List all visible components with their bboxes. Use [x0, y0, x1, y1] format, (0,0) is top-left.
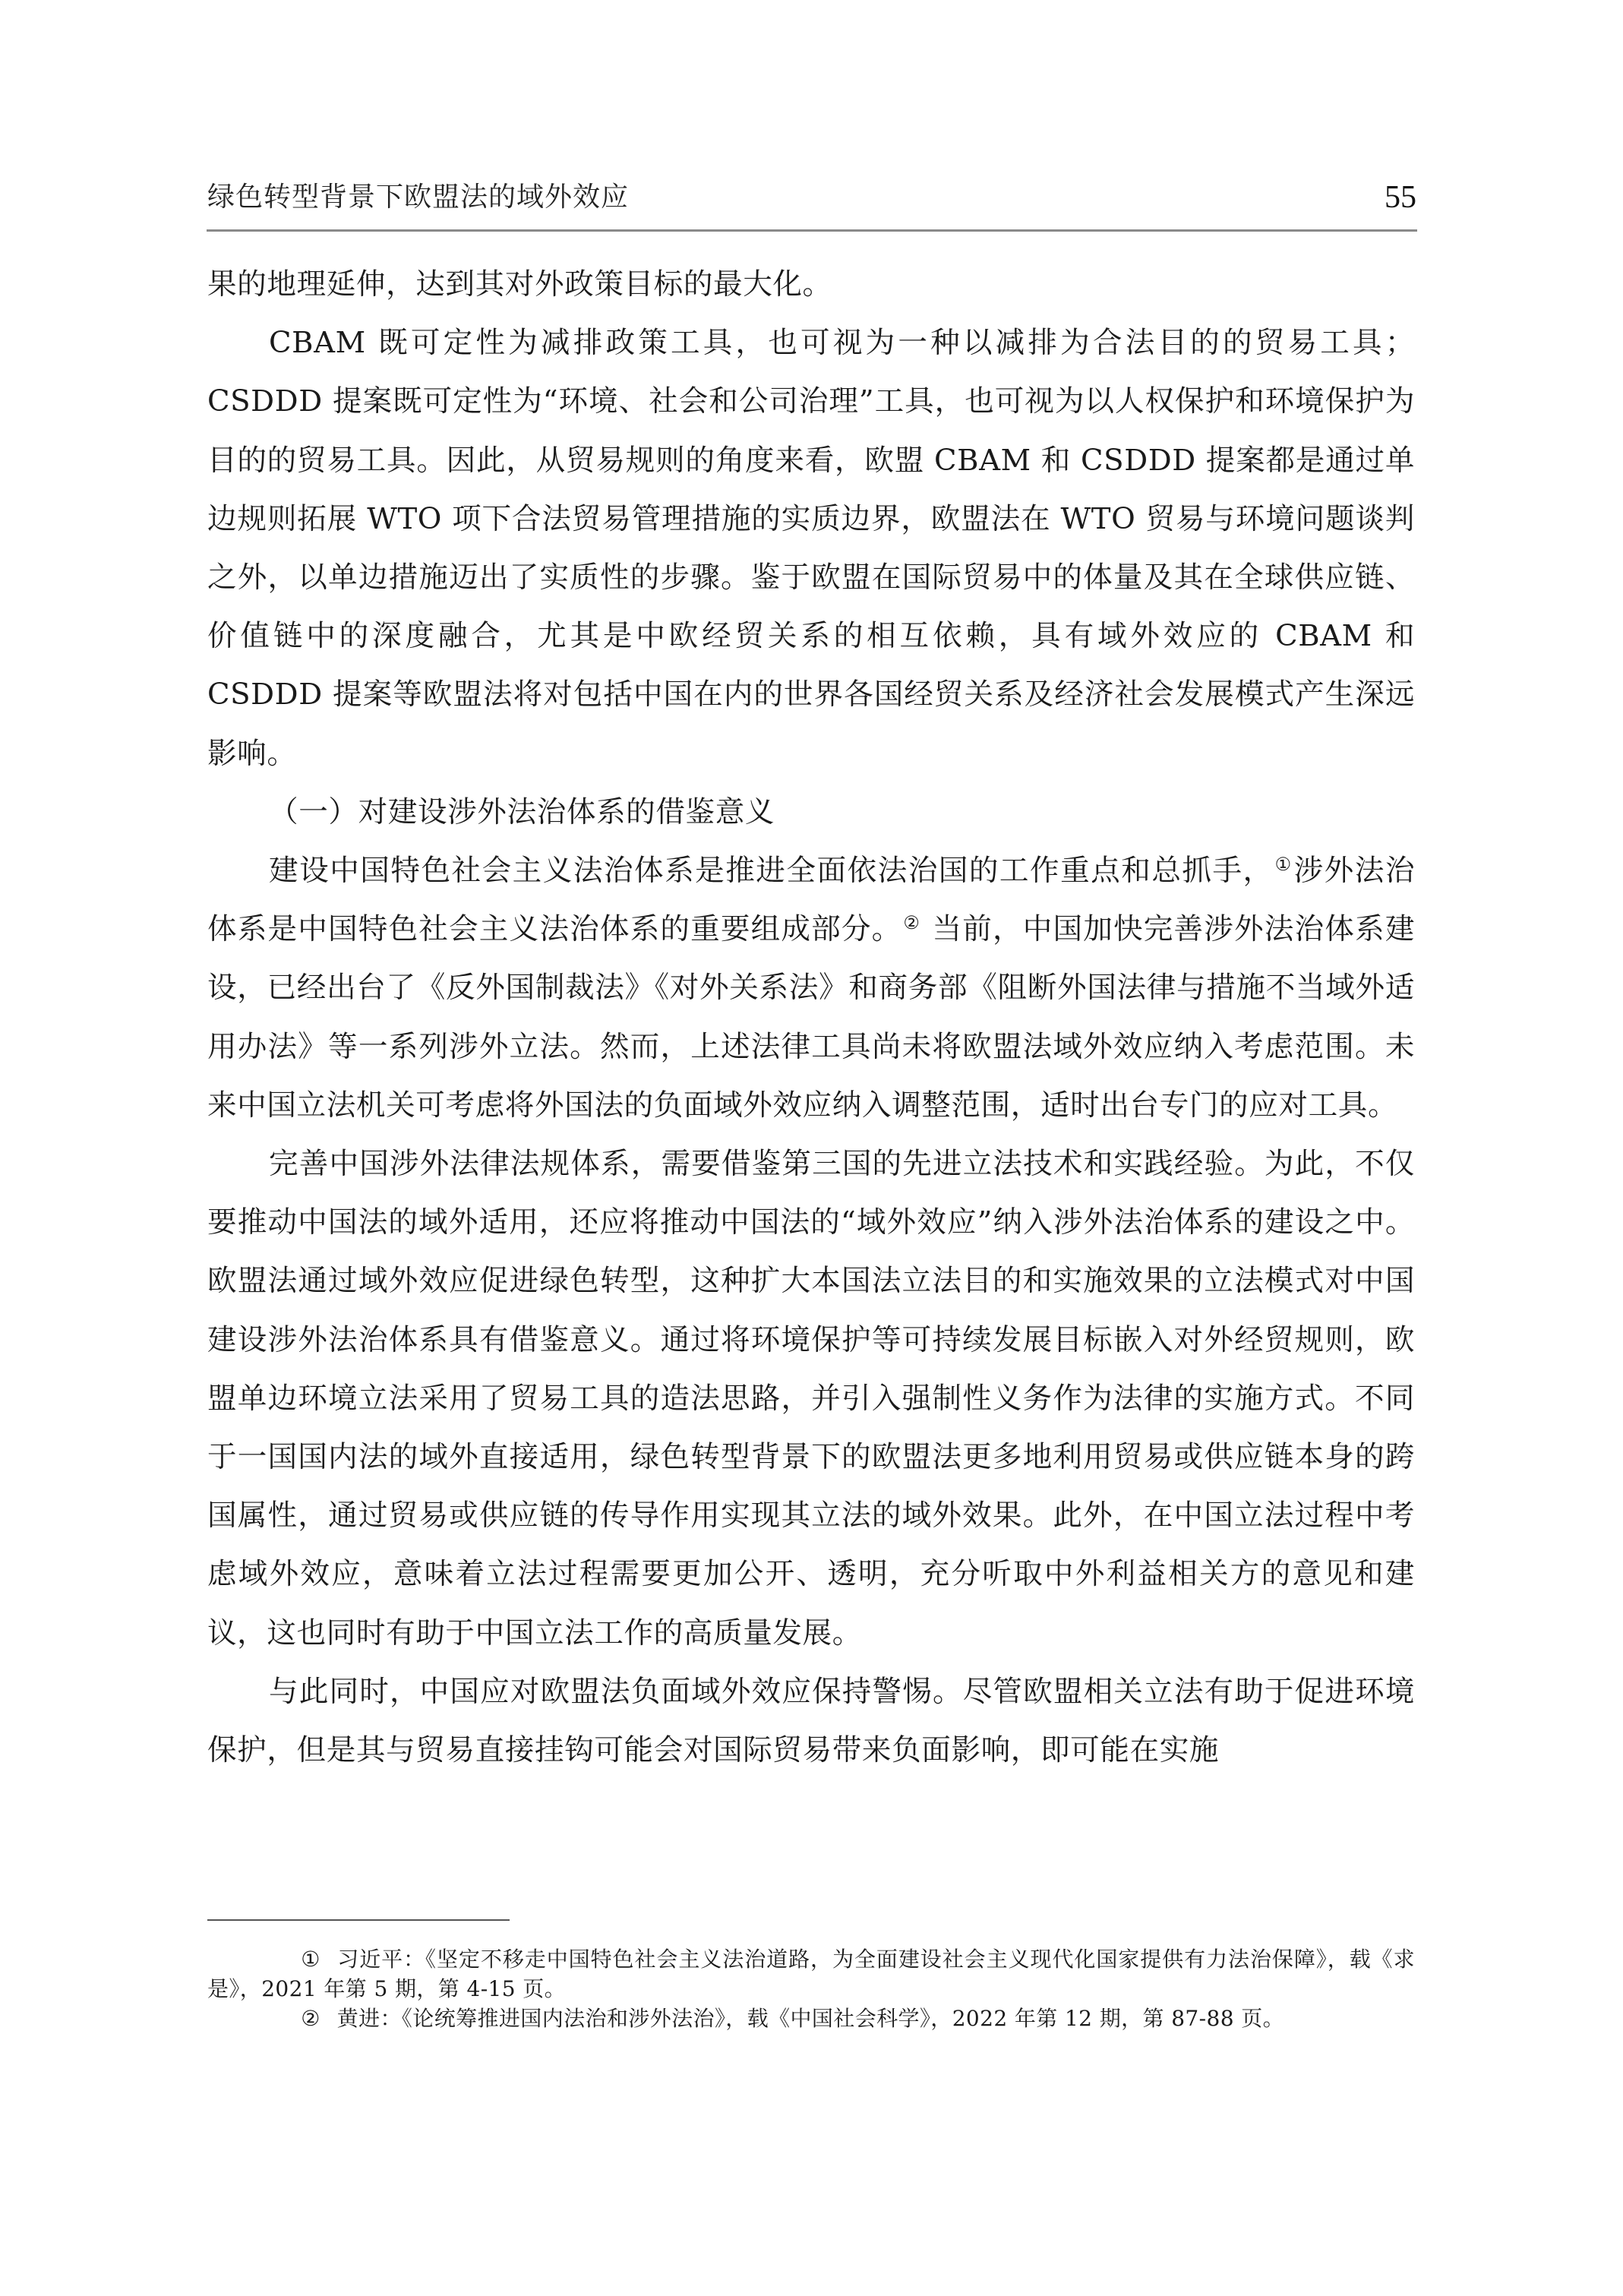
- header-rule: [207, 229, 1417, 232]
- body-text: 果的地理延伸，达到其对外政策目标的最大化。 CBAM 既可定性为减排政策工具，也…: [207, 255, 1415, 1780]
- paragraph-vigilance: 与此同时，中国应对欧盟法负面域外效应保持警惕。尽管欧盟相关立法有助于促进环境保护…: [207, 1663, 1415, 1780]
- continuation-paragraph: 果的地理延伸，达到其对外政策目标的最大化。: [207, 255, 1415, 314]
- footnote-1: ①习近平：《坚定不移走中国特色社会主义法治道路，为全面建设社会主义现代化国家提供…: [207, 1944, 1415, 2004]
- footnote-mark: ②: [254, 2004, 320, 2033]
- footnote-text: 黄进：《论统筹推进国内法治和涉外法治》，载《中国社会科学》，2022 年第 12…: [337, 2006, 1284, 2031]
- paragraph-legal-system-improvement: 完善中国涉外法律法规体系，需要借鉴第三国的先进立法技术和实践经验。为此，不仅要推…: [207, 1135, 1415, 1663]
- footnote-ref-1[interactable]: ①: [1275, 854, 1293, 875]
- footnote-text: 习近平：《坚定不移走中国特色社会主义法治道路，为全面建设社会主义现代化国家提供有…: [207, 1947, 1415, 2001]
- paragraph-cbam-csddd: CBAM 既可定性为减排政策工具，也可视为一种以减排为合法目的的贸易工具；CSD…: [207, 314, 1415, 783]
- page-number: 55: [1385, 176, 1416, 219]
- footnote-2: ②黄进：《论统筹推进国内法治和涉外法治》，载《中国社会科学》，2022 年第 1…: [207, 2004, 1415, 2033]
- footnotes: ①习近平：《坚定不移走中国特色社会主义法治道路，为全面建设社会主义现代化国家提供…: [207, 1944, 1415, 2033]
- paragraph-text: 建设中国特色社会主义法治体系是推进全面依法治国的工作重点和总抓手，: [269, 854, 1274, 888]
- footnote-mark: ①: [254, 1944, 320, 1974]
- running-header: 绿色转型背景下欧盟法的域外效应 55: [207, 176, 1416, 229]
- footnote-ref-2[interactable]: ②: [903, 912, 920, 933]
- running-title: 绿色转型背景下欧盟法的域外效应: [207, 176, 629, 219]
- footnote-separator: [207, 1919, 510, 1921]
- section-subheading: （一）对建设涉外法治体系的借鉴意义: [207, 783, 1415, 842]
- paragraph-foreign-rule-of-law: 建设中国特色社会主义法治体系是推进全面依法治国的工作重点和总抓手，①涉外法治体系…: [207, 842, 1415, 1135]
